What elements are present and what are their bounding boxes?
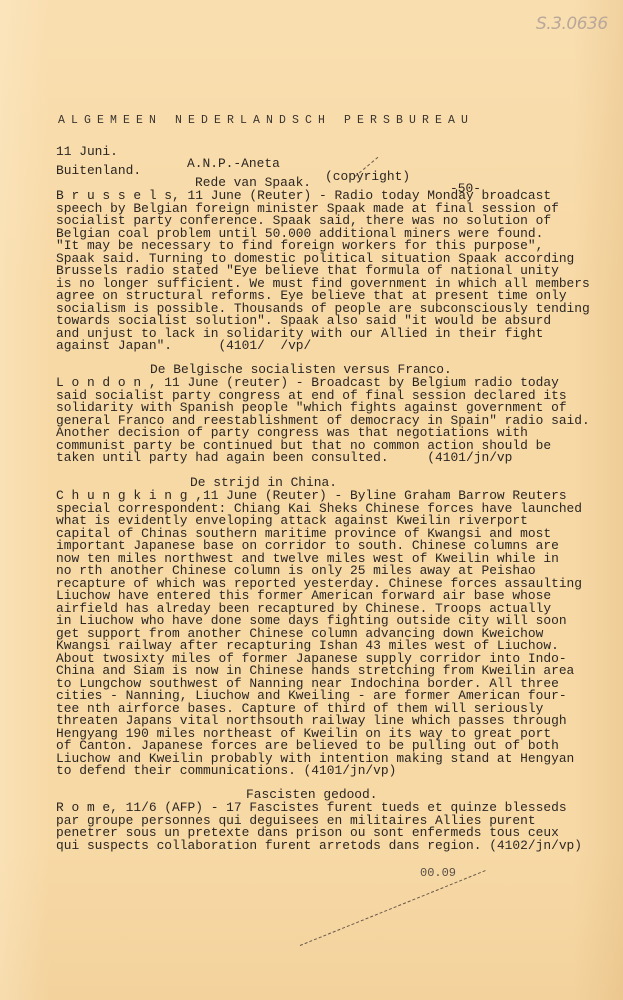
header-date: 11 Juni.	[56, 146, 118, 159]
article-line: to defend their communications. (4101/jn…	[56, 765, 396, 778]
article-line: against Japan". (4101/ /vp/	[56, 340, 311, 353]
header-agency: A.N.P.-Aneta	[187, 158, 280, 171]
section-title: Buitenland.	[56, 165, 141, 178]
article-line: qui suspects collaboration furent arreto…	[56, 840, 582, 853]
document-page: S.3.0636 ALGEMEEN NEDERLANDSCH PERSBUREA…	[0, 0, 623, 1000]
masthead: ALGEMEEN NEDERLANDSCH PERSBUREAU	[58, 115, 474, 128]
pencil-mark	[300, 870, 486, 946]
archive-number: S.3.0636	[536, 14, 608, 34]
article-line: taken until party had again been consult…	[56, 452, 512, 465]
footer-time: 00.09	[420, 866, 456, 880]
header-copyright: (copyright)	[325, 171, 410, 184]
